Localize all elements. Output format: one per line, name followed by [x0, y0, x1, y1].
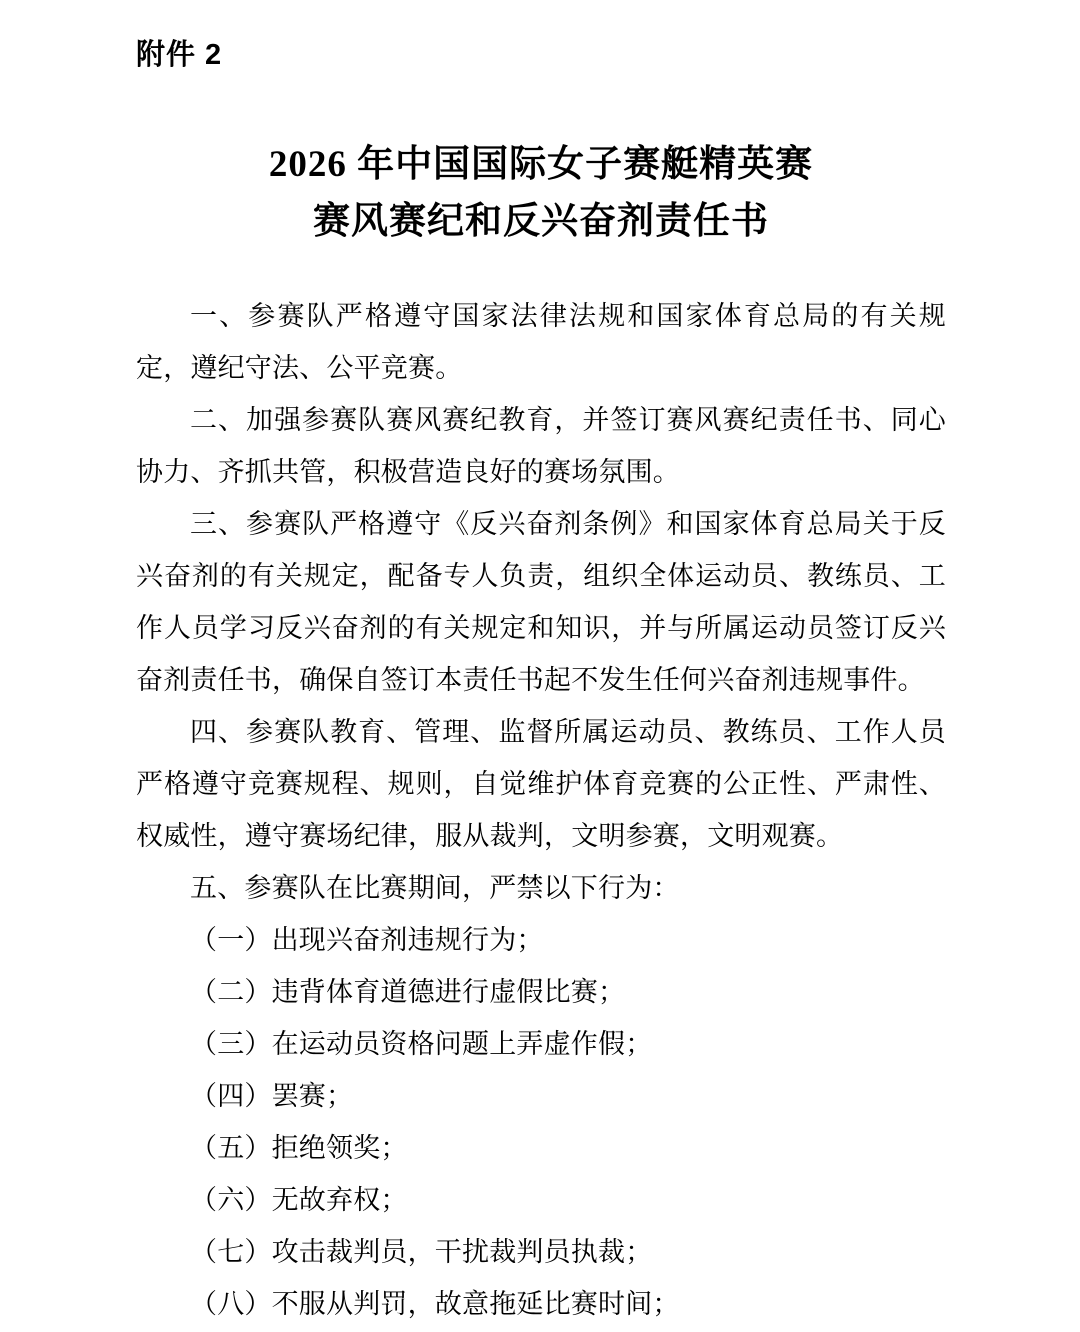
list-item-1: （一）出现兴奋剂违规行为；	[136, 914, 946, 966]
document-page: 附件 2 2026 年中国国际女子赛艇精英赛 赛风赛纪和反兴奋剂责任书 一、参赛…	[0, 0, 1080, 1332]
attachment-label: 附件 2	[136, 38, 946, 72]
list-item-5: （五）拒绝领奖；	[136, 1122, 946, 1174]
paragraph-1: 一、参赛队严格遵守国家法律法规和国家体育总局的有关规定，遵纪守法、公平竞赛。	[136, 290, 946, 394]
paragraph-3: 三、参赛队严格遵守《反兴奋剂条例》和国家体育总局关于反兴奋剂的有关规定，配备专人…	[136, 498, 946, 706]
list-item-4: （四）罢赛；	[136, 1070, 946, 1122]
document-title-line1: 2026 年中国国际女子赛艇精英赛	[136, 136, 946, 193]
document-title-line2: 赛风赛纪和反兴奋剂责任书	[136, 193, 946, 250]
document-body: 一、参赛队严格遵守国家法律法规和国家体育总局的有关规定，遵纪守法、公平竞赛。 二…	[136, 290, 946, 1330]
list-item-8: （八）不服从判罚，故意拖延比赛时间；	[136, 1278, 946, 1330]
paragraph-2: 二、加强参赛队赛风赛纪教育，并签订赛风赛纪责任书、同心协力、齐抓共管，积极营造良…	[136, 394, 946, 498]
paragraph-5: 五、参赛队在比赛期间，严禁以下行为：	[136, 862, 946, 914]
list-item-7: （七）攻击裁判员，干扰裁判员执裁；	[136, 1226, 946, 1278]
list-item-6: （六）无故弃权；	[136, 1174, 946, 1226]
list-item-2: （二）违背体育道德进行虚假比赛；	[136, 966, 946, 1018]
paragraph-4: 四、参赛队教育、管理、监督所属运动员、教练员、工作人员严格遵守竞赛规程、规则，自…	[136, 706, 946, 862]
list-item-3: （三）在运动员资格问题上弄虚作假；	[136, 1018, 946, 1070]
document-title: 2026 年中国国际女子赛艇精英赛 赛风赛纪和反兴奋剂责任书	[136, 136, 946, 250]
